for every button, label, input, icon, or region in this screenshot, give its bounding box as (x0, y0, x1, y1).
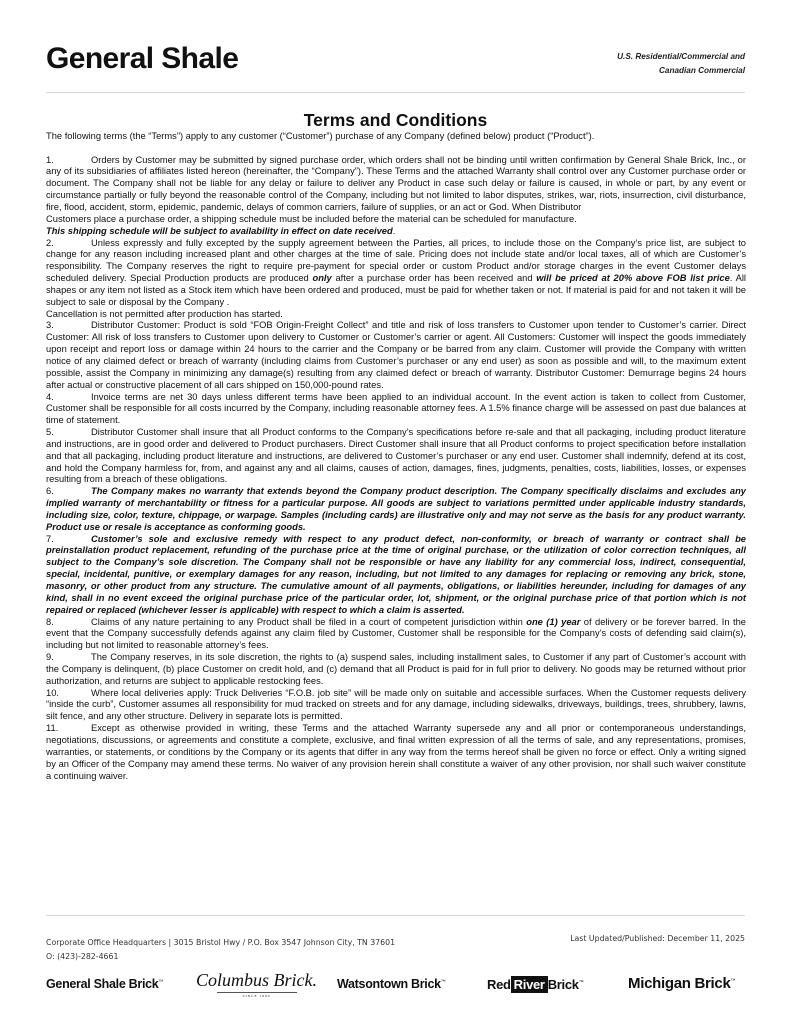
section-7: 7.Customer’s sole and exclusive remedy w… (46, 534, 746, 617)
region-line-1: U.S. Residential/Commercial and (617, 50, 745, 64)
terms-body: The following terms (the “Terms”) apply … (46, 131, 746, 782)
section-number: 10. (46, 688, 91, 700)
section-number: 7. (46, 534, 91, 546)
section-number: 6. (46, 486, 91, 498)
section-number: 11. (46, 723, 91, 735)
footer-phone: O: (423)-282-4661 (46, 950, 395, 964)
logo-general-shale-brick: General Shale Brick™ (46, 977, 163, 991)
page-title: Terms and Conditions (0, 110, 791, 131)
last-updated: Last Updated/Published: December 11, 202… (570, 934, 745, 943)
logo-watsontown-brick: Watsontown Brick™ (337, 977, 445, 991)
header-divider (46, 92, 745, 93)
region-label: U.S. Residential/Commercial and Canadian… (617, 50, 745, 78)
section-10: 10.Where local deliveries apply: Truck D… (46, 688, 746, 724)
brand-logos-row: General Shale Brick™ Columbus Brick.SINC… (46, 972, 745, 1002)
region-line-2: Canadian Commercial (617, 64, 745, 78)
section-1-bold: This shipping schedule will be subject t… (46, 226, 746, 238)
section-3: 3.Distributor Customer: Product is sold … (46, 320, 746, 391)
section-number: 8. (46, 617, 91, 629)
section-1: 1.Orders by Customer may be submitted by… (46, 155, 746, 214)
section-number: 4. (46, 392, 91, 404)
section-1-continued: Customers place a purchase order, a ship… (46, 214, 746, 226)
logo-michigan-brick: Michigan Brick™ (628, 975, 735, 992)
section-6: 6.The Company makes no warranty that ext… (46, 486, 746, 533)
section-number: 5. (46, 427, 91, 439)
section-5: 5.Distributor Customer shall insure that… (46, 427, 746, 486)
section-9: 9.The Company reserves, in its sole disc… (46, 652, 746, 688)
logo-red-river-brick: RedRiverBrick™ (487, 976, 583, 993)
section-2: 2.Unless expressly and fully excepted by… (46, 238, 746, 309)
section-number: 3. (46, 320, 91, 332)
footer-divider (46, 915, 745, 916)
intro-paragraph: The following terms (the “Terms”) apply … (46, 131, 746, 143)
section-text: Orders by Customer may be submitted by s… (46, 155, 746, 212)
section-number: 1. (46, 155, 91, 167)
footer-address-block: Corporate Office Headquarters | 3015 Bri… (46, 936, 395, 964)
section-4: 4.Invoice terms are net 30 days unless d… (46, 392, 746, 428)
section-8: 8.Claims of any nature pertaining to any… (46, 617, 746, 653)
brand-logo: General Shale (46, 42, 238, 76)
logo-columbus-brick: Columbus Brick.SINCE 1890 (196, 970, 317, 998)
section-2-continued: Cancellation is not permitted after prod… (46, 309, 746, 321)
section-11: 11.Except as otherwise provided in writi… (46, 723, 746, 782)
section-number: 2. (46, 238, 91, 250)
section-number: 9. (46, 652, 91, 664)
footer-address: Corporate Office Headquarters | 3015 Bri… (46, 936, 395, 950)
